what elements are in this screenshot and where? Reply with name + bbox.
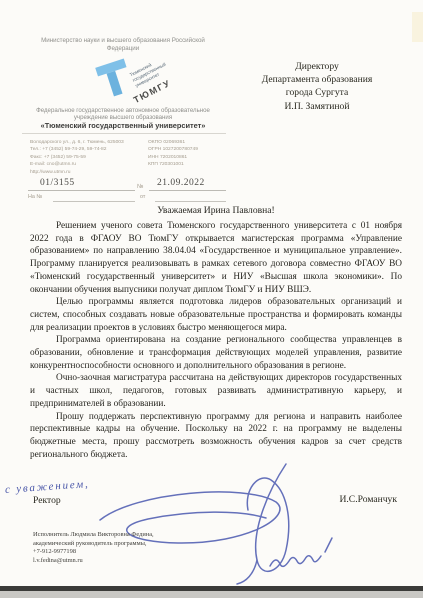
address-line: Володарского ул., д. 6, г. Тюмень, 62500… [30,139,144,146]
executor-line: академический руководитель программы, [33,540,154,549]
letter-date: 21.09.2022 [157,178,205,188]
registry-line: ОГРН 1027200780749 [148,146,228,153]
paragraph: Целью программы является подготовка лиде… [30,296,402,334]
recipient-line: Департамента образования [235,73,399,86]
executor-line: Исполнитель Людмила Викторовна Федина, [33,531,154,540]
org-name: «Тюменский государственный университет» [18,121,228,130]
registry-line: ИНН 7202010861 [148,154,228,161]
ref-from-underline [155,201,226,202]
ministry-line: Министерство науки и высшего образования… [34,37,212,52]
date-underline [149,190,226,191]
outgoing-number: 01/3155 [40,178,75,188]
executor-phone: +7-912-9977198 [33,548,154,557]
org-type-line: Федеральное государственное автономное о… [30,107,216,122]
recipient-line: города Сургута [235,86,399,99]
registry-line: ОКПО 02069361 [148,139,228,146]
scan-edge-shadow [0,591,423,598]
recipient-line: И.П. Замятиной [235,100,399,113]
signer-position: Ректор [33,495,61,506]
recipient-block: Директору Департамента образования город… [235,60,399,113]
university-logo-icon: Тюменский государственный университет ТЮ… [86,54,202,106]
paragraph: Решением ученого совета Тюменского госуд… [30,220,402,296]
executor-block: Исполнитель Людмила Викторовна Федина, а… [33,531,154,565]
salutation: Уважаемая Ирина Павловна! [30,205,402,216]
letter-body: Уважаемая Ирина Павловна! Решением учено… [30,205,402,461]
paragraph: Программа ориентирована на создание реги… [30,334,402,372]
scan-artifact [412,12,423,42]
signature-scribble-icon [80,450,380,595]
header-divider [22,133,226,134]
address-line: Тел.: +7 (3452) 59-74-29, 59-74-82 [30,146,144,153]
address-block: Володарского ул., д. 6, г. Тюмень, 62500… [30,139,144,176]
registry-codes-block: ОКПО 02069361 ОГРН 1027200780749 ИНН 720… [148,139,228,169]
ref-number-label: На № [28,194,42,200]
address-line: Факс: +7 (3452) 59-75-59 [30,154,144,161]
ref-from-label: от [140,194,145,200]
scanned-letter: Министерство науки и высшего образования… [0,0,423,598]
handwritten-closing: с уважением, [5,478,90,496]
address-line: E-mail: cno@utmn.ru [30,161,144,168]
registry-line: КПП 720301001 [148,161,228,168]
executor-email: l.v.fedina@utmn.ru [33,557,154,566]
number-underline [28,190,135,191]
recipient-line: Директору [235,60,399,73]
paragraph: Очно-заочная магистратура рассчитана на … [30,372,402,410]
address-line: http://www.utmn.ru [30,169,144,176]
ref-number-underline [53,201,135,202]
number-sign: № [137,184,143,190]
